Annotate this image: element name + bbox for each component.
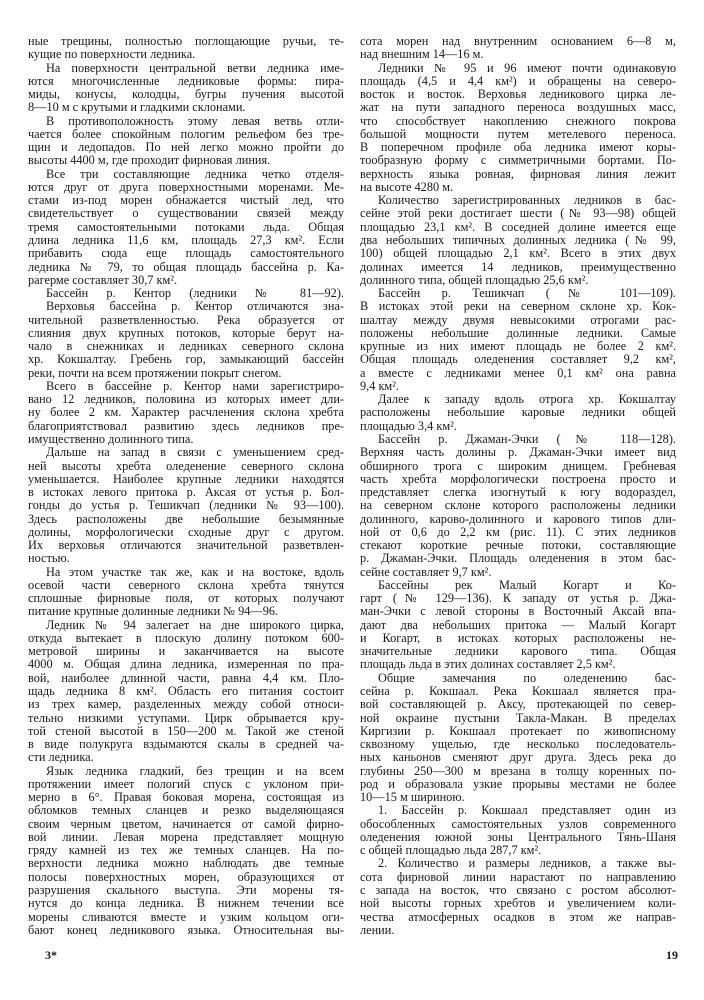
text-line: из трех камер, разделенных между собой о… [28,698,344,711]
text-line: оледенения южной зоны Центрального Тянь-… [360,831,676,844]
text-line: ной от 0,6 до 2,2 км (рис. 11). С этих л… [360,526,676,539]
text-line: ются друг от друга поверхностными морена… [28,181,344,194]
text-line: два небольших типичных долинных ледника … [360,234,676,247]
text-line: сейне этой реки достигает шести (№ 93—98… [360,207,676,220]
text-line: Всего в бассейне р. Кентор нами зарегист… [28,380,344,393]
text-line: стами из-под морен обнажается чистый лед… [28,194,344,207]
text-line: сота фирновой линии нарастают по направл… [360,871,676,884]
text-line: Далее к западу вдоль отрога хр. Кокшалта… [360,393,676,406]
text-line: долинах имеется 14 ледников, преимуществ… [360,261,676,274]
text-line: 2. Количество и размеры ледников, а такж… [360,857,676,870]
text-line: питание крупные долинные ледники № 94—96… [28,605,344,618]
text-line: с запада на восток, что связано с ростом… [360,884,676,897]
text-line: разрушения скального выступа. Эти морены… [28,884,344,897]
text-line: ман-Эчки с левой стороны в Восточный Акс… [360,605,676,618]
text-line: Ледники № 95 и 96 имеют почти одинаковую [360,62,676,75]
text-line: жат на пути западного переноса воздушных… [360,101,676,114]
text-line: вой составляющей р. Аксу, протекающей по… [360,698,676,711]
text-line: сота морен над внутренним основанием 6—8… [360,35,676,48]
text-line: ные трещины, полностью поглощающие ручьи… [28,35,344,48]
text-line: осевой части северного склона хребта тян… [28,579,344,592]
text-line: дают два небольших притока — Малый Когар… [360,619,676,632]
text-line: гряду камней из тех же темных сланцев. Н… [28,844,344,857]
text-line: Количество зарегистрированных ледников в… [360,194,676,207]
text-line: представляет слегка изогнутый к югу водо… [360,486,676,499]
text-line: 10—15 м шириною. [360,791,676,804]
text-line: гонды до устья р. Тешикчап (ледники № 93… [28,499,344,512]
text-line: Общая площадь оледенения составляет 9,2 … [360,353,676,366]
text-line: положены небольшие долинные ледники. Сам… [360,327,676,340]
text-line: крупные из них имеют площадь не более 2 … [360,340,676,353]
text-line: обломков темных сланцев и резко выделяющ… [28,804,344,817]
text-line: миды, конусы, колодцы, бугры пучения выс… [28,88,344,101]
text-line: уменьшается. Наиболее крупные ледники на… [28,473,344,486]
text-line: что способствует накоплению снежного пок… [360,115,676,128]
text-line: сплошные фирновые поля, от которых получ… [28,592,344,605]
text-line: глубины 250—300 м врезана в толщу коренн… [360,765,676,778]
text-line: Здесь расположены две небольшие безымянн… [28,513,344,526]
text-line: с общей площадью льда 287,7 км². [360,844,676,857]
text-line: тообразную форму с симметричными бортами… [360,154,676,167]
text-line: ней высоты хребта оледенение северного с… [28,460,344,473]
text-line: вано 12 ледников, половина из которых им… [28,393,344,406]
text-line: значительные ледники карового типа. Обща… [360,645,676,658]
text-line: бают конец ледникового языка. Относитель… [28,924,344,937]
text-line: вой, наиболее длинной части, равна 4,4 к… [28,672,344,685]
text-line: сти ледника. [28,751,344,764]
text-line: высоты 4400 м, где проходит фирновая лин… [28,154,344,167]
text-line: морены сливаются вместе и узким кольцом … [28,911,344,924]
text-line: в виде полукруга вздымаются скалы в сред… [28,738,344,751]
text-line: 4000 м. Общая длина ледника, измеренная … [28,658,344,671]
text-line: сейна р. Кокшаал. Река Кокшаал является … [360,685,676,698]
text-line: На поверхности центральной ветви ледника… [28,62,344,75]
text-line: реки, почти на всем протяжении покрыт сн… [28,367,344,380]
text-line: расположены небольшие каровые ледники об… [360,406,676,419]
text-line: слияния двух крупных потоков, которые бе… [28,327,344,340]
text-line: на северном склоне которого расположены … [360,499,676,512]
text-line: имущественно долинного типа. [28,433,344,446]
text-line: свидетельствует о существовании связей м… [28,207,344,220]
text-line: стекают короткие речные потоки, составля… [360,539,676,552]
text-line: над внешним 14—16 м. [360,48,676,61]
text-line: большой мощности путем метелевого перено… [360,128,676,141]
text-line: щадь ледника 8 км². Область его питания … [28,685,344,698]
text-line: длина ледника 11,6 км, площадь 27,3 км².… [28,234,344,247]
text-line: сквозному ущелью, где несколько последов… [360,738,676,751]
text-line: полосы поверхностных морен, образующихся… [28,871,344,884]
text-line: нутся до конца ледника. В нижнем течении… [28,897,344,910]
text-line: мерно в 6°. Правая боковая морена, состо… [28,791,344,804]
text-line: Верховья бассейна р. Кентор отличаются з… [28,300,344,313]
text-line: а вместе с ледниками менее 0,1 км² она р… [360,367,676,380]
text-line: ледника № 79, то общая площадь бассейна … [28,261,344,274]
text-line: род и образовала узкие прорывы местами н… [360,778,676,791]
text-line: р. Джаман-Эчки. Площадь оледенения в это… [360,552,676,565]
text-line: Киргизии р. Кокшаал протекает по живопис… [360,725,676,738]
text-line: Бассейны рек Малый Когарт и Ко- [360,579,676,592]
text-line: лении. [360,924,676,937]
text-line: Верхняя часть долины р. Джаман-Эчки имее… [360,446,676,459]
text-line: обширного трога с широким днищем. Гребне… [360,460,676,473]
text-line: площадь (4,5 и 4,4 км²) и обращены на се… [360,75,676,88]
text-line: прибавить сюда еще площадь самостоятельн… [28,247,344,260]
text-line: площадью 23,1 км². В соседней долине име… [360,221,676,234]
text-line: 8—10 м с крутыми и гладкими склонами. [28,101,344,114]
text-line: Все три составляющие ледника четко отдел… [28,168,344,181]
text-line: сейне составляет 9,7 км². [360,566,676,579]
page-number: 19 [666,948,678,963]
left-column: ные трещины, полностью поглощающие ручьи… [28,35,344,937]
text-line: рагерме составляет 30,7 км². [28,274,344,287]
text-line: чается более спокойным пологим рельефом … [28,128,344,141]
text-line: Ледник № 94 залегает на дне широкого цир… [28,619,344,632]
text-line: шалтау между двумя невысокими отрогами р… [360,314,676,327]
text-line: В поперечном профиле оба ледника имеют к… [360,141,676,154]
text-line: метровой ширины и заканчивается на высот… [28,645,344,658]
text-line: тельно низкими уступами. Цирк обрывается… [28,712,344,725]
text-line: Бассейн р. Джаман-Эчки (№ 118—128). [360,433,676,446]
text-line: вой линии. Левая морена представляет мощ… [28,831,344,844]
text-line: верхность языка ровная, фирновая линия л… [360,168,676,181]
text-line: В противоположность этому левая ветвь от… [28,115,344,128]
text-line: протяжении имеет пологий спуск с уклоном… [28,778,344,791]
text-line: тремя самостоятельными потоками льда. Об… [28,221,344,234]
text-line: ной высоты горных хребтов и увеличением … [360,897,676,910]
text-line: обособленных самостоятельных узлов совре… [360,818,676,831]
text-line: На этом участке так же, как и на востоке… [28,566,344,579]
text-line: ной окраине пустыни Такла-Макан. В преде… [360,712,676,725]
text-line: долинного типа, общей площадью 25,6 км². [360,274,676,287]
text-line: благоприятствовал развитию здесь леднико… [28,420,344,433]
text-line: чества атмосферных осадков в этом же нап… [360,911,676,924]
text-line: кущие по поверхности ледника. [28,48,344,61]
signature-mark: 3* [45,948,57,963]
text-line: 9,4 км². [360,380,676,393]
text-line: ну более 2 км. Характер расчленения скло… [28,406,344,419]
text-line: гарт (№ 129—136). К западу от устья р. Д… [360,592,676,605]
text-line: откуда вытекает в плоскую долину потоком… [28,632,344,645]
text-line: часть хребта морфологически построена пр… [360,473,676,486]
text-line: ных каньонов сменяют друг друга. Здесь р… [360,751,676,764]
text-line: и Когарт, в истоках которых расположены … [360,632,676,645]
text-line: Общие замечания по оледенению бас- [360,672,676,685]
text-line: чительной разветвленностью. Река образуе… [28,314,344,327]
text-line: Бассейн р. Тешикчап (№ 101—109). [360,287,676,300]
text-line: 100) общей площадью 2,1 км². Всего в эти… [360,247,676,260]
text-line: Бассейн р. Кентор (ледники № 81—92). [28,287,344,300]
text-line: верхности ледника можно наблюдать две те… [28,857,344,870]
text-line: долинного, карово-долинного и карового т… [360,513,676,526]
text-line: Дальше на запад в связи с уменьшением ср… [28,446,344,459]
text-line: на высоте 4280 м. [360,181,676,194]
right-column: сота морен над внутренним основанием 6—8… [360,35,676,937]
text-line: 1. Бассейн р. Кокшаал представляет один … [360,804,676,817]
text-line: ностью. [28,552,344,565]
text-line: площадью 3,4 км². [360,420,676,433]
text-line: своим черным цветом, начинается от самой… [28,818,344,831]
text-line: Язык ледника гладкий, без трещин и на вс… [28,765,344,778]
text-line: ются многочисленные ледниковые формы: пи… [28,75,344,88]
text-line: чало в снежниках и ледниках северного ск… [28,340,344,353]
text-line: в истоках левого притока р. Аксая от уст… [28,486,344,499]
text-line: хр. Кокшалтау. Гребень гор, замыкающий б… [28,353,344,366]
text-line: восток и восток. Верховья ледникового ци… [360,88,676,101]
text-line: В истоках этой реки на северном склоне х… [360,300,676,313]
text-line: площадь льда в этих долинах составляет 2… [360,658,676,671]
text-line: долины, морфологически сходные друг с др… [28,526,344,539]
text-line: Их верховья отличаются значительной разв… [28,539,344,552]
text-line: той стеной высотой в 150—200 м. Такой же… [28,725,344,738]
text-line: щин и ледопадов. По ней легко можно прой… [28,141,344,154]
